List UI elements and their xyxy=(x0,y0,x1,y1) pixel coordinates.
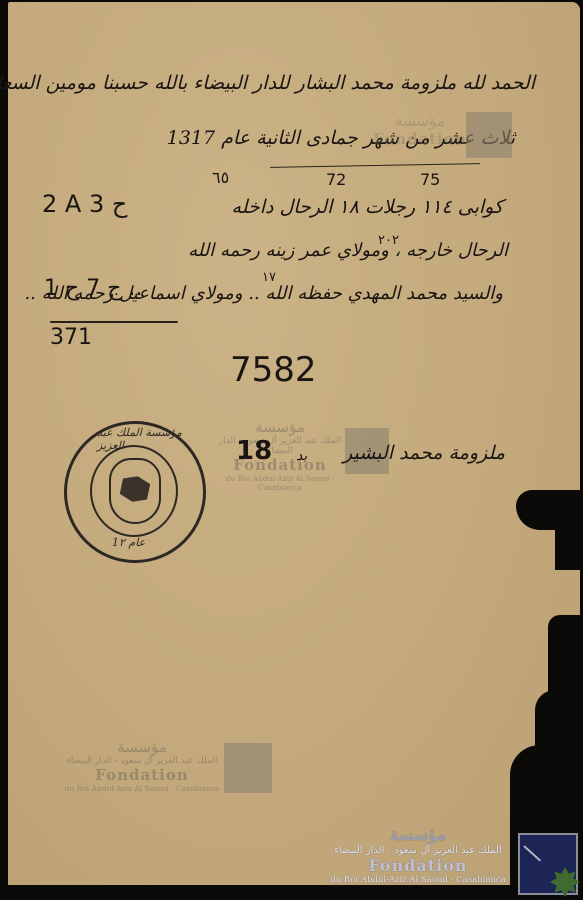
foundation-watermark: مؤسسة الملك عبد العزيز آل سعود - الدار ا… xyxy=(318,825,518,885)
watermark-french-title: Fondation xyxy=(210,456,350,474)
watermark-french-subtitle: du Roi Abdul-Aziz Al Saoud - Casablanca xyxy=(210,474,350,492)
watermark-arabic-title: مؤسسة xyxy=(370,112,470,130)
manuscript-line-1: الحمد لله ملزومة محمد البشار للدار البيض… xyxy=(0,72,535,94)
superscript-number: 72 xyxy=(326,170,346,189)
logo-diagonal xyxy=(523,845,541,861)
torn-edge xyxy=(0,885,583,900)
watermark: مؤسسة الملك عبد العزيز آل سعود - الدار ا… xyxy=(210,418,350,492)
seal-inner-ring xyxy=(90,445,178,537)
sum-underline xyxy=(50,321,178,323)
watermark-arabic-title: مؤسسة xyxy=(62,738,222,756)
official-seal: مؤسسة الملك عبد العزيز عام 1٢ xyxy=(64,421,206,563)
watermark-arabic-subtitle: الملك عبد العزيز آل سعود - الدار البيضاء xyxy=(62,756,222,766)
watermark: مؤسسة الملك عبد العزيز آل سعود - الدار ا… xyxy=(62,738,222,793)
manuscript-line-4: الرحال خارجه ، ومولاي عمر زينه رحمه الله xyxy=(188,240,508,261)
superscript-number: ٦٥ xyxy=(212,168,229,187)
watermark-arabic-subtitle: الملك عبد العزيز آل سعود - الدار البيضاء xyxy=(318,845,518,856)
watermark-french-title: Fondation xyxy=(370,130,470,148)
watermark-logo xyxy=(466,112,512,158)
watermark-arabic-title: مؤسسة xyxy=(210,418,350,436)
manuscript-line-3: كوابى ١١٤ رجلات ١٨ الرحال داخله xyxy=(231,196,503,218)
watermark-french-title: Fondation xyxy=(318,856,518,875)
watermark: مؤسسة Fondation xyxy=(370,112,470,148)
seal-bottom-text: عام 1٢ xyxy=(112,536,145,549)
signature-number: 18 xyxy=(236,436,272,466)
logo-star-icon xyxy=(550,867,580,897)
watermark-french-title: Fondation xyxy=(62,766,222,784)
watermark-arabic-subtitle: الملك عبد العزيز آل سعود - الدار البيضاء xyxy=(210,436,350,456)
watermark-logo xyxy=(224,743,272,793)
torn-edge xyxy=(535,690,583,750)
catalog-number: 7582 xyxy=(230,350,317,390)
seal-emblem-icon xyxy=(119,473,152,504)
seal-arch xyxy=(109,458,161,524)
left-number-1: 2 A 3 ح xyxy=(42,190,127,218)
left-number-2: 1 ج 7 ح .. xyxy=(44,276,142,301)
total-number: 371 xyxy=(50,325,92,350)
watermark-arabic-title: مؤسسة xyxy=(318,825,518,845)
watermark-french-subtitle: du Roi Abdul-Aziz Al Saoud - Casablanca xyxy=(318,875,518,885)
watermark-french-subtitle: du Roi Abdul-Aziz Al Saoud - Casablanca xyxy=(62,784,222,793)
superscript-number: 75 xyxy=(420,170,440,189)
signature-text: ملزومة محمد البشير xyxy=(343,442,505,464)
foundation-logo-icon xyxy=(518,833,578,895)
signature-mark: بد xyxy=(296,448,307,464)
torn-edge xyxy=(555,520,583,570)
